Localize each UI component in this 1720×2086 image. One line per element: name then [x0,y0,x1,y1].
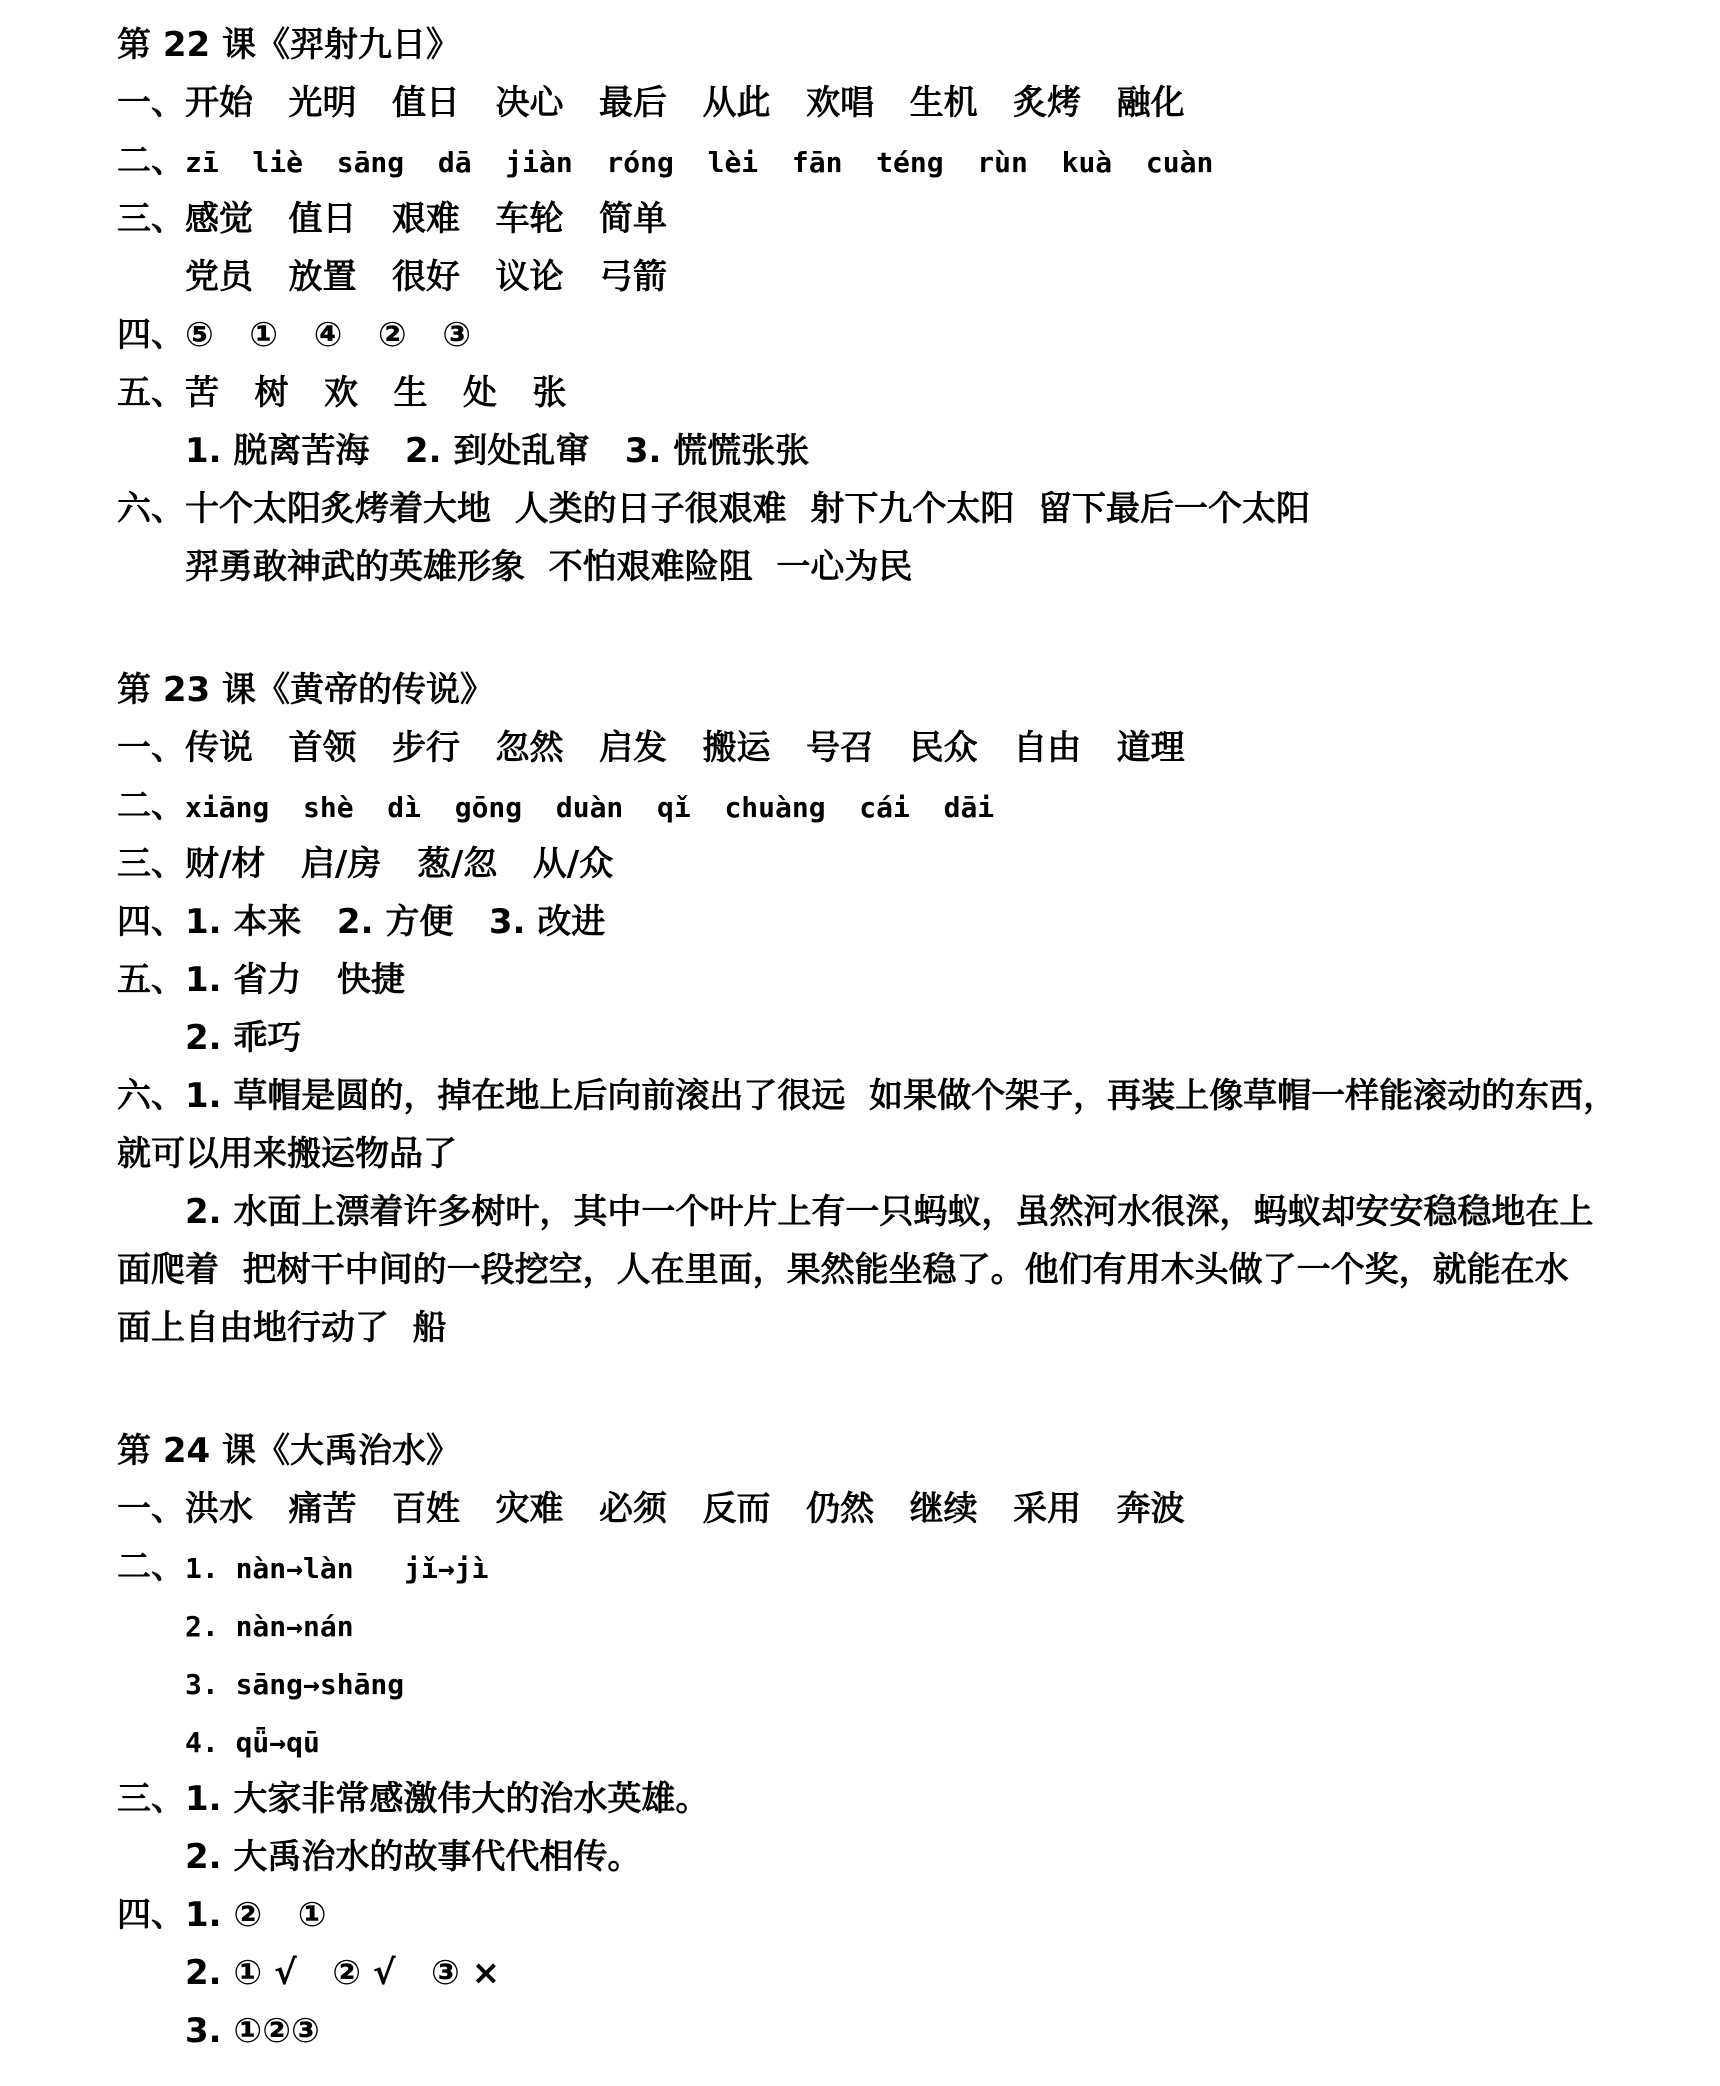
answer-line: 三、1. 大家非常感激伟大的治水英雄。 [117,1770,1680,1828]
line-text: 2. 大禹治水的故事代代相传。 [185,1837,641,1877]
item-marker: 一、 [117,728,185,768]
line-text: 1. ② ① [185,1895,327,1935]
line-text: 面上自由地行动了 船 [117,1308,447,1348]
answer-line: 四、1. 本来 2. 方便 3. 改进 [117,893,1680,951]
answer-line: 1. 脱离苦海 2. 到处乱窜 3. 慌慌张张 [117,422,1680,480]
pinyin-text: zī liè sāng dā jiàn róng lèi fān téng rù… [185,146,1213,179]
lesson-22-section: 第 22 课《羿射九日》 一、开始 光明 值日 决心 最后 从此 欢唱 生机 炙… [117,16,1680,596]
item-marker: 一、 [117,1489,185,1529]
lesson-22-title: 第 22 课《羿射九日》 [117,16,1680,74]
section-divider-space [117,596,1680,661]
answer-line: 五、1. 省力 快捷 [117,951,1680,1009]
answer-line: 二、zī liè sāng dā jiàn róng lèi fān téng … [117,132,1680,190]
answer-line: 羿勇敢神武的英雄形象 不怕艰难险阻 一心为民 [117,538,1680,596]
line-text: 开始 光明 值日 决心 最后 从此 欢唱 生机 炙烤 融化 [185,83,1185,123]
item-marker: 六、 [117,489,185,529]
answer-line: 一、传说 首领 步行 忽然 启发 搬运 号召 民众 自由 道理 [117,719,1680,777]
lesson-23-section: 第 23 课《黄帝的传说》 一、传说 首领 步行 忽然 启发 搬运 号召 民众 … [117,661,1680,1357]
answer-line: 五、苦 树 欢 生 处 张 [117,364,1680,422]
item-marker: 二、 [117,1547,185,1587]
answer-line: 面上自由地行动了 船 [117,1299,1680,1357]
answer-line: 三、感觉 值日 艰难 车轮 简单 [117,190,1680,248]
pinyin-text: xiāng shè dì gōng duàn qǐ chuàng cái dāi [185,791,994,824]
line-text: 洪水 痛苦 百姓 灾难 必须 反而 仍然 继续 采用 奔波 [185,1489,1185,1529]
line-text: 1. 脱离苦海 2. 到处乱窜 3. 慌慌张张 [185,431,809,471]
pinyin-text: 2. nàn→nán [185,1610,354,1643]
line-text: 2. 水面上漂着许多树叶，其中一个叶片上有一只蚂蚁，虽然河水很深，蚂蚁却安安稳稳… [185,1192,1593,1232]
line-text: 十个太阳炙烤着大地 人类的日子很艰难 射下九个太阳 留下最后一个太阳 [185,489,1310,529]
item-marker: 四、 [117,902,185,942]
answer-line: 一、开始 光明 值日 决心 最后 从此 欢唱 生机 炙烤 融化 [117,74,1680,132]
lesson-23-title: 第 23 课《黄帝的传说》 [117,661,1680,719]
item-marker: 六、 [117,1076,185,1116]
answer-line: 六、十个太阳炙烤着大地 人类的日子很艰难 射下九个太阳 留下最后一个太阳 [117,480,1680,538]
answer-line: 2. nàn→nán [117,1596,1680,1654]
item-marker: 三、 [117,1779,185,1819]
line-text: 财/材 启/房 葱/忽 从/众 [185,844,613,884]
pinyin-text: 1. nàn→làn jǐ→jì [185,1552,488,1585]
answer-line: 二、1. nàn→làn jǐ→jì [117,1538,1680,1596]
item-marker: 四、 [117,1895,185,1935]
item-marker: 四、 [117,315,185,355]
pinyin-text: 4. qǖ→qū [185,1726,320,1759]
answer-line: 党员 放置 很好 议论 弓箭 [117,248,1680,306]
line-text: 面爬着 把树干中间的一段挖空，人在里面，果然能坐稳了。他们有用木头做了一个奖，就… [117,1250,1569,1290]
item-marker: 五、 [117,373,185,413]
line-text: 3. ①②③ [185,2011,320,2051]
answer-line: 2. 乖巧 [117,1009,1680,1067]
answer-line: 2. ① √ ② √ ③ × [117,1944,1680,2002]
answer-line: 就可以用来搬运物品了 [117,1125,1680,1183]
answer-line: 2. 大禹治水的故事代代相传。 [117,1828,1680,1886]
line-text: 传说 首领 步行 忽然 启发 搬运 号召 民众 自由 道理 [185,728,1185,768]
lesson-24-title: 第 24 课《大禹治水》 [117,1422,1680,1480]
answer-line: 四、⑤ ① ④ ② ③ [117,306,1680,364]
line-text: 1. 省力 快捷 [185,960,405,1000]
answer-line: 面爬着 把树干中间的一段挖空，人在里面，果然能坐稳了。他们有用木头做了一个奖，就… [117,1241,1680,1299]
pinyin-text: 3. sāng→shāng [185,1668,404,1701]
line-text: 感觉 值日 艰难 车轮 简单 [185,199,667,239]
line-text: ⑤ ① ④ ② ③ [185,315,471,355]
lesson-24-section: 第 24 课《大禹治水》 一、洪水 痛苦 百姓 灾难 必须 反而 仍然 继续 采… [117,1422,1680,2060]
answer-line: 二、xiāng shè dì gōng duàn qǐ chuàng cái d… [117,777,1680,835]
answer-line: 3. sāng→shāng [117,1654,1680,1712]
answer-line: 2. 水面上漂着许多树叶，其中一个叶片上有一只蚂蚁，虽然河水很深，蚂蚁却安安稳稳… [117,1183,1680,1241]
answer-line: 4. qǖ→qū [117,1712,1680,1770]
item-marker: 二、 [117,141,185,181]
line-text: 羿勇敢神武的英雄形象 不怕艰难险阻 一心为民 [185,547,912,587]
item-marker: 三、 [117,199,185,239]
line-text: 党员 放置 很好 议论 弓箭 [185,257,667,297]
item-marker: 一、 [117,83,185,123]
item-marker: 二、 [117,786,185,826]
item-marker: 五、 [117,960,185,1000]
answer-key-page: 第 22 课《羿射九日》 一、开始 光明 值日 决心 最后 从此 欢唱 生机 炙… [0,0,1720,2086]
line-text: 1. 大家非常感激伟大的治水英雄。 [185,1779,709,1819]
line-text: 就可以用来搬运物品了 [117,1134,457,1174]
answer-line: 3. ①②③ [117,2002,1680,2060]
answer-line: 六、1. 草帽是圆的，掉在地上后向前滚出了很远 如果做个架子，再装上像草帽一样能… [117,1067,1680,1125]
answer-line: 一、洪水 痛苦 百姓 灾难 必须 反而 仍然 继续 采用 奔波 [117,1480,1680,1538]
line-text: 苦 树 欢 生 处 张 [185,373,567,413]
line-text: 2. 乖巧 [185,1018,301,1058]
answer-line: 四、1. ② ① [117,1886,1680,1944]
line-text: 1. 本来 2. 方便 3. 改进 [185,902,605,942]
line-text: 2. ① √ ② √ ③ × [185,1953,500,1993]
answer-line: 三、财/材 启/房 葱/忽 从/众 [117,835,1680,893]
line-text: 1. 草帽是圆的，掉在地上后向前滚出了很远 如果做个架子，再装上像草帽一样能滚动… [185,1076,1617,1116]
section-divider-space [117,1357,1680,1422]
item-marker: 三、 [117,844,185,884]
